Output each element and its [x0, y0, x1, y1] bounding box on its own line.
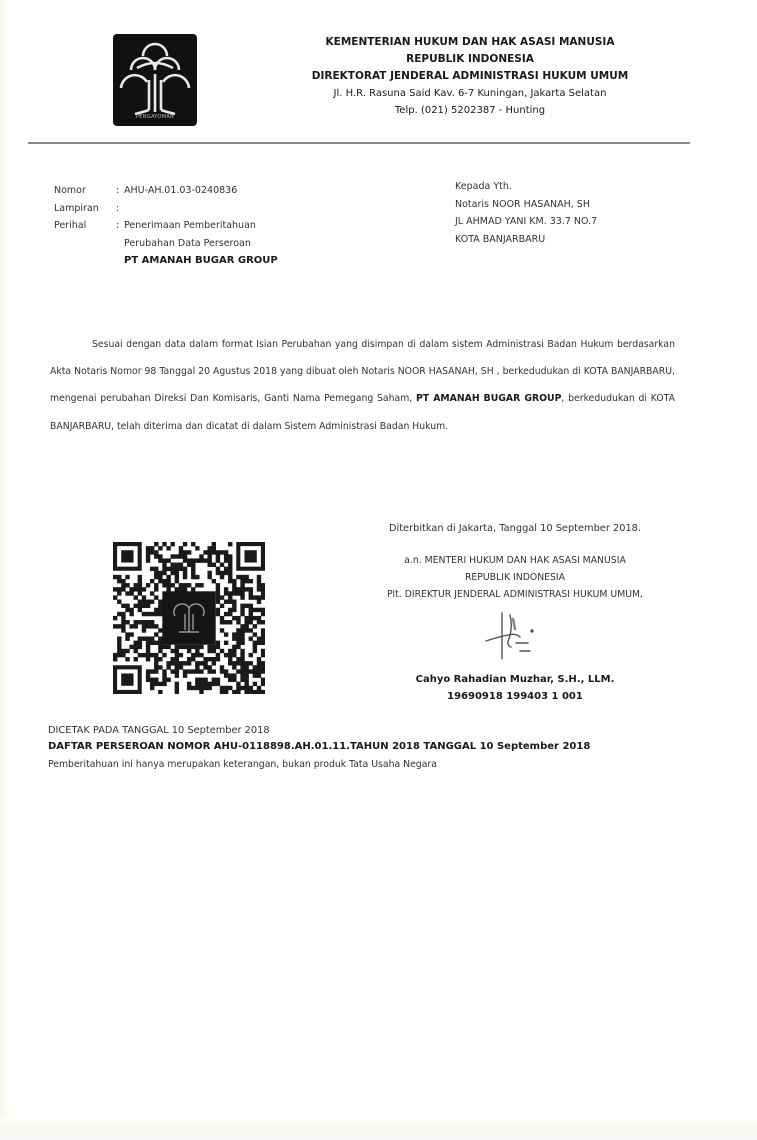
recipient-city: KOTA BANJARBARU: [455, 231, 597, 249]
country-name: REPUBLIK INDONESIA: [270, 51, 670, 68]
meta-lampiran: Lampiran :: [54, 200, 278, 218]
signer-position: Plt. DIREKTUR JENDERAL ADMINISTRASI HUKU…: [330, 586, 700, 603]
document-page: PENGAYOMAN KEMENTERIAN HUKUM DAN HAK ASA…: [0, 0, 757, 1140]
pengayoman-logo-icon: PENGAYOMAN: [113, 34, 197, 126]
registry-number: DAFTAR PERSEROAN NOMOR AHU-0118898.AH.01…: [48, 739, 688, 755]
ministry-name: KEMENTERIAN HUKUM DAN HAK ASASI MANUSIA: [270, 34, 670, 51]
letter-body: Sesuai dengan data dalam format Isian Pe…: [50, 331, 675, 440]
body-company-name: PT AMANAH BUGAR GROUP: [416, 393, 561, 404]
office-phone: Telp. (021) 5202387 - Hunting: [270, 102, 670, 119]
recipient-name: Notaris NOOR HASANAH, SH: [455, 196, 597, 214]
printed-date: DICETAK PADA TANGGAL 10 September 2018: [48, 723, 688, 739]
scan-edge-left: [0, 0, 10, 1140]
subject-company: PT AMANAH BUGAR GROUP: [124, 252, 278, 270]
disclaimer: Pemberitahuan ini hanya merupakan ketera…: [48, 756, 688, 774]
recipient-salutation: Kepada Yth.: [455, 178, 597, 196]
signer-name: Cahyo Rahadian Muzhar, S.H., LLM.: [330, 671, 700, 688]
letter-number: AHU-AH.01.03-0240836: [124, 182, 237, 200]
directorate-name: DIREKTORAT JENDERAL ADMINISTRASI HUKUM U…: [270, 68, 670, 85]
meta-perihal: Perihal : Penerimaan Pemberitahuan Perub…: [54, 217, 278, 270]
handwritten-signature-icon: [330, 603, 700, 671]
letterhead: KEMENTERIAN HUKUM DAN HAK ASASI MANUSIA …: [270, 34, 670, 119]
scan-edge-bottom: [0, 1118, 757, 1140]
recipient-address: JL AHMAD YANI KM. 33.7 NO.7: [455, 213, 597, 231]
on-behalf-of: a.n. MENTERI HUKUM DAN HAK ASASI MANUSIA: [330, 552, 700, 569]
signer-nip: 19690918 199403 1 001: [330, 688, 700, 705]
signer-country: REPUBLIK INDONESIA: [330, 569, 700, 586]
subject-line-2: Perubahan Data Perseroan: [124, 235, 278, 253]
subject-line-1: Penerimaan Pemberitahuan: [124, 217, 278, 235]
footer-notes: DICETAK PADA TANGGAL 10 September 2018 D…: [48, 723, 688, 774]
qr-code-icon: [113, 542, 265, 694]
recipient-block: Kepada Yth. Notaris NOOR HASANAH, SH JL …: [455, 178, 597, 248]
meta-nomor: Nomor : AHU-AH.01.03-0240836: [54, 182, 278, 200]
issued-place-date: Diterbitkan di Jakarta, Tanggal 10 Septe…: [330, 520, 700, 537]
logo-caption: PENGAYOMAN: [113, 114, 197, 120]
office-address: Jl. H.R. Rasuna Said Kav. 6-7 Kuningan, …: [270, 85, 670, 102]
signature-block: Diterbitkan di Jakarta, Tanggal 10 Septe…: [330, 520, 700, 705]
letterhead-divider: [28, 142, 690, 144]
letter-meta: Nomor : AHU-AH.01.03-0240836 Lampiran : …: [54, 182, 278, 270]
